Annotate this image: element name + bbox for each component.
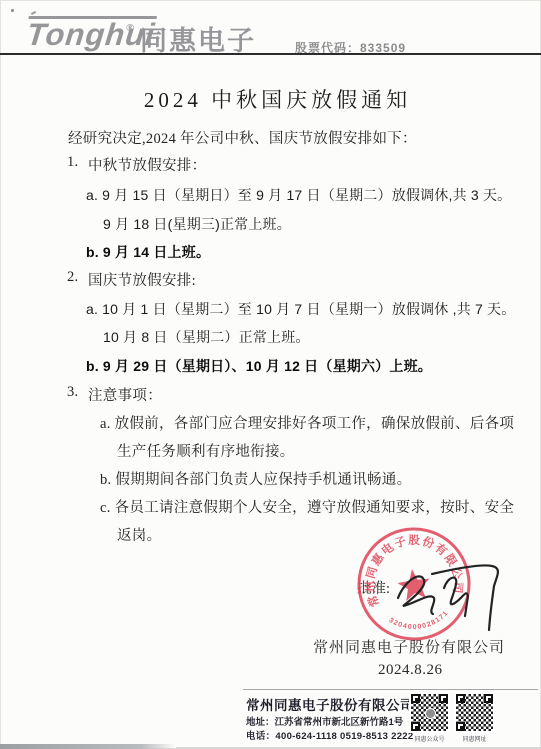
qr-center-logo-icon	[425, 708, 436, 719]
registered-trademark-icon: ®	[126, 22, 134, 34]
section3-line-c2: 返岗。	[117, 524, 161, 545]
qr-finder-icon	[456, 694, 465, 703]
tonghui-logo: Tonghui	[25, 16, 157, 52]
section1-line-a: a. 9 月 15 日（星期日）至 9 月 17 日（星期二）放假调休,共 3 …	[86, 185, 511, 205]
section3-number: 3.	[67, 384, 78, 401]
section1-line-b: b. 9 月 14 日上班。	[86, 242, 210, 262]
footer-address: 地址：江苏省常州市新北区新竹路1号	[246, 714, 403, 728]
qr-finder-icon	[456, 722, 465, 731]
section3-title: 注意事项：	[88, 384, 162, 405]
section1-number: 1.	[67, 154, 78, 171]
qr-finder-icon	[411, 722, 420, 731]
section3-line-a: a. 放假前，各部门应合理安排好各项工作，确保放假前、后各项	[100, 412, 514, 433]
wechat-qr-label: 同惠公众号	[407, 734, 452, 743]
section2-line-a2: 10 月 8 日（星期二）正常上班。	[103, 327, 310, 347]
signing-company-name: 常州同惠电子股份有限公司	[313, 636, 505, 657]
wechat-qr-code	[411, 694, 448, 731]
notice-document-page: Tonghui ® 同惠电子 股票代码：833509 2024 中秋国庆放假通知…	[0, 0, 541, 749]
section1-line-a2: 9 月 18 日(星期三)正常上班。	[103, 214, 291, 234]
footer-divider	[243, 689, 538, 690]
footer-phone: 电话：400-624-1118 0519-8513 2222	[246, 728, 413, 742]
qr-finder-icon	[439, 694, 448, 703]
section3-line-c: c. 各员工请注意假期个人安全，遵守放假通知要求，按时、安全	[100, 496, 514, 517]
handwritten-signature	[390, 556, 508, 636]
header-divider	[0, 53, 541, 55]
intro-text: 经研究决定,2024 年公司中秋、国庆节放假安排如下：	[68, 127, 417, 148]
scan-speck-artifact	[31, 11, 36, 15]
section3-line-b: b. 假期期间各部门负责人应保持手机通讯畅通。	[100, 468, 411, 489]
website-qr-label: 同惠网址	[452, 734, 497, 743]
section1-title: 中秋节放假安排：	[88, 154, 206, 175]
section3-line-a2: 生产任务顺利有序地衔接。	[117, 440, 295, 461]
notice-date: 2024.8.26	[378, 662, 443, 679]
section2-number: 2.	[67, 269, 78, 286]
section2-line-b: b. 9 月 29 日（星期日）、10 月 12 日（星期六）上班。	[86, 356, 432, 376]
section2-line-a: a. 10 月 1 日（星期二）至 10 月 7 日（星期一）放假调休 ,共 7…	[86, 299, 515, 319]
scan-edge-artifact	[0, 744, 176, 749]
qr-finder-icon	[411, 694, 420, 703]
section2-title: 国庆节放假安排:	[88, 269, 196, 290]
qr-finder-icon	[484, 694, 493, 703]
footer-company-name: 常州同惠电子股份有限公司	[246, 694, 414, 714]
scan-speck-artifact	[11, 9, 14, 12]
page-title: 2024 中秋国庆放假通知	[0, 84, 541, 114]
website-qr-code	[456, 694, 493, 731]
